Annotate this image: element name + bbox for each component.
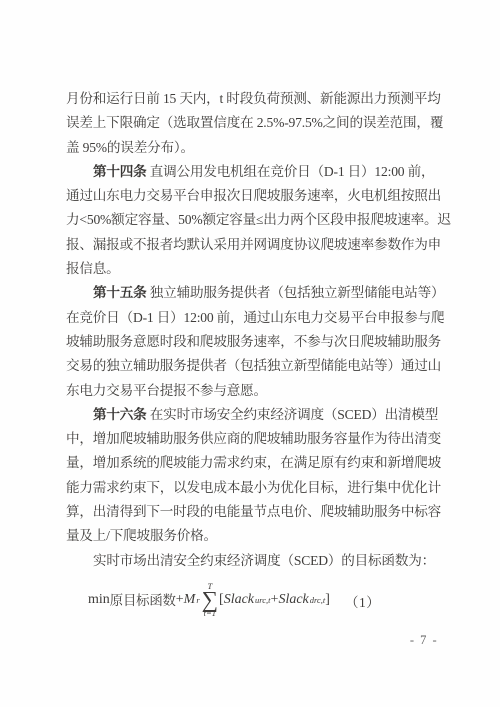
- sigma-icon: ∑: [202, 590, 218, 609]
- text-line: 能力需求约束下，以发电成本最小为优化目标，进行集中优化计: [66, 476, 450, 500]
- formula-coefficient-subscript: r: [196, 595, 199, 605]
- article-heading-line: 第十五条 独立辅助服务提供者（包括独立新型储能电站等）: [66, 281, 450, 305]
- text-line: 盖 95%的误差分布）。: [66, 136, 450, 160]
- text-line: 东电力交易平台提报不参与意愿。: [66, 379, 450, 403]
- text-line: 中，增加爬坡辅助服务供应商的爬坡辅助服务容量作为待出清变: [66, 427, 450, 451]
- text-line: 算，出清得到下一时段的电能量节点电价、爬坡辅助服务中标容: [66, 500, 450, 524]
- formula-min-operator: min: [88, 592, 110, 608]
- formula-coefficient: M: [184, 592, 196, 608]
- article-number: 第十四条: [93, 164, 147, 179]
- equation-number: （1）: [345, 591, 380, 611]
- formula-close-bracket: ]: [325, 592, 330, 608]
- text-line: 误差上下限确定（选取置信度在 2.5%-97.5%之间的误差范围，覆: [66, 111, 450, 135]
- text-line: 在竞价日（D-1 日）12:00 前，通过山东电力交易平台申报参与爬: [66, 306, 450, 330]
- article-number: 第十六条: [93, 407, 147, 422]
- article-number: 第十五条: [93, 285, 147, 300]
- formula-slack-down-term: Slack: [278, 592, 308, 608]
- document-page: 月份和运行日前 15 天内，t 时段负荷预测、新能源出力预测平均误差上下限确定（…: [0, 0, 500, 707]
- formula-slack-up-subscript: urc,t: [255, 595, 271, 605]
- text-line: 量及上/下爬坡服务价格。: [66, 524, 450, 548]
- text-line: 量，增加系统的爬坡能力需求约束，在满足原有约束和新增爬坡: [66, 451, 450, 475]
- formula-line: min 原目标函数 + Mr T ∑ t=1 [ Slackurc,t + Sl…: [66, 582, 450, 618]
- text-line: 交易的独立辅助服务提供者（包括独立新型储能电站等）通过山: [66, 354, 450, 378]
- formula-slack-up-term: Slack: [224, 592, 254, 608]
- text-line: 力<50%额定容量、50%额定容量≤出力两个区段申报爬坡速率。迟: [66, 208, 450, 232]
- formula-slack-down-subscript: drc,t: [310, 595, 326, 605]
- text-line: 月份和运行日前 15 天内，t 时段负荷预测、新能源出力预测平均: [66, 87, 450, 111]
- formula-plus-sign: +: [176, 592, 184, 608]
- text-line: 报、漏报或不报者均默认采用并网调度协议爬坡速率参数作为申: [66, 233, 450, 257]
- text-line: 坡辅助服务意愿时段和爬坡服务速率，不参与次日爬坡辅助服务: [66, 330, 450, 354]
- text-lines: 月份和运行日前 15 天内，t 时段负荷预测、新能源出力预测平均误差上下限确定（…: [66, 87, 450, 573]
- article-heading-line: 第十六条 在实时市场安全约束经济调度（SCED）出清模型: [66, 403, 450, 427]
- summation-lower-limit: t=1: [204, 609, 216, 618]
- summation-symbol: T ∑ t=1: [202, 582, 218, 618]
- page-number: - 7 -: [399, 633, 449, 648]
- formula-plus-sign-2: +: [271, 592, 279, 608]
- formula-objective-label: 原目标函数: [110, 590, 176, 609]
- text-line: 报信息。: [66, 257, 450, 281]
- article-heading-line: 第十四条 直调公用发电机组在竞价日（D-1 日）12:00 前，: [66, 160, 450, 184]
- document-body: 月份和运行日前 15 天内，t 时段负荷预测、新能源出力预测平均误差上下限确定（…: [66, 87, 450, 618]
- text-line: 实时市场出清安全约束经济调度（SCED）的目标函数为：: [66, 549, 450, 573]
- text-line: 通过山东电力交易平台申报次日爬坡服务速率，火电机组按照出: [66, 184, 450, 208]
